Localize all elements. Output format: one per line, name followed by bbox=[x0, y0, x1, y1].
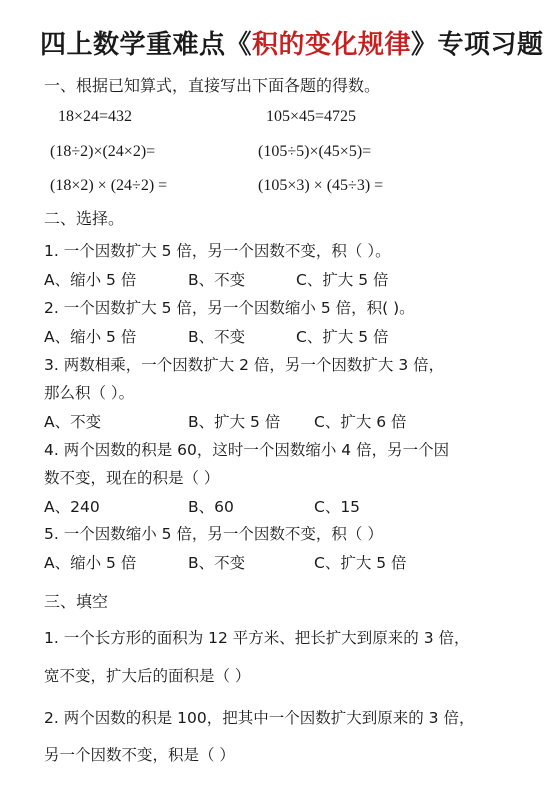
option-b: B、不变 bbox=[188, 551, 245, 573]
section2-heading: 二、选择。 bbox=[44, 206, 124, 229]
option-a: A、缩小 5 倍 bbox=[44, 551, 136, 573]
fill-question: 1. 一个长方形的面积为 12 平方米、把长扩大到原来的 3 倍， bbox=[44, 626, 470, 648]
question-stem: 2. 一个因数扩大 5 倍，另一个因数缩小 5 倍，积( )。 bbox=[44, 296, 415, 318]
title-highlight: 积的变化规律 bbox=[252, 30, 411, 60]
option-c: C、扩大 6 倍 bbox=[314, 410, 407, 432]
section1-heading: 一、根据已知算式，直接写出下面各题的得数。 bbox=[44, 73, 380, 96]
question-stem: 1. 一个因数扩大 5 倍，另一个因数不变，积（ ）。 bbox=[44, 239, 391, 261]
equation: (18÷2)×(24×2)= bbox=[50, 143, 155, 161]
title-suffix: 》专项习题 bbox=[411, 30, 544, 60]
option-c: C、扩大 5 倍 bbox=[296, 268, 389, 290]
fill-question-cont: 另一个因数不变，积是（ ） bbox=[44, 743, 235, 765]
equation: 105×45=4725 bbox=[266, 108, 356, 126]
fill-question: 2. 两个因数的积是 100，把其中一个因数扩大到原来的 3 倍， bbox=[44, 706, 474, 728]
section3-heading: 三、填空 bbox=[44, 589, 108, 612]
question-stem: 3. 两数相乘，一个因数扩大 2 倍，另一个因数扩大 3 倍， bbox=[44, 353, 444, 375]
option-a: A、缩小 5 倍 bbox=[44, 268, 136, 290]
title-prefix: 四上数学重难点《 bbox=[40, 30, 252, 60]
equation: (105×3) × (45÷3) = bbox=[258, 177, 383, 195]
question-stem: 4. 两个因数的积是 60，这时一个因数缩小 4 倍，另一个因 bbox=[44, 438, 449, 460]
option-a: A、240 bbox=[44, 495, 100, 517]
equation: 18×24=432 bbox=[58, 108, 132, 126]
equation: (105÷5)×(45×5)= bbox=[258, 143, 371, 161]
question-stem-cont: 那么积（ ）。 bbox=[44, 381, 134, 403]
option-c: C、扩大 5 倍 bbox=[296, 325, 389, 347]
option-b: B、不变 bbox=[188, 325, 245, 347]
option-b: B、扩大 5 倍 bbox=[188, 410, 280, 432]
option-c: C、扩大 5 倍 bbox=[314, 551, 407, 573]
option-a: A、缩小 5 倍 bbox=[44, 325, 136, 347]
option-a: A、不变 bbox=[44, 410, 101, 432]
question-stem-cont: 数不变，现在的积是（ ） bbox=[44, 466, 219, 488]
option-b: B、不变 bbox=[188, 268, 245, 290]
page-title: 四上数学重难点《积的变化规律》专项习题 bbox=[40, 24, 544, 61]
equation: (18×2) × (24÷2) = bbox=[50, 177, 167, 195]
option-c: C、15 bbox=[314, 495, 360, 517]
option-b: B、60 bbox=[188, 495, 234, 517]
fill-question-cont: 宽不变，扩大后的面积是（ ） bbox=[44, 664, 250, 686]
question-stem: 5. 一个因数缩小 5 倍，另一个因数不变，积（ ） bbox=[44, 522, 383, 544]
